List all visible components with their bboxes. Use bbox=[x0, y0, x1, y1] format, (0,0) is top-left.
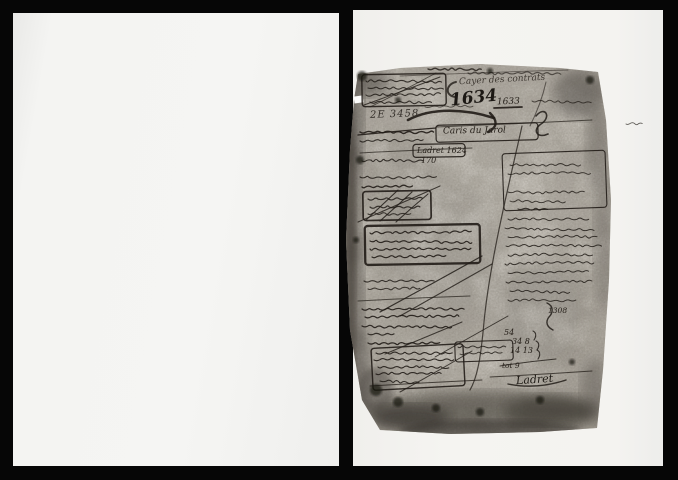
ladret-1624-box-label: Ladret 1624 bbox=[417, 147, 467, 155]
amount-3: 14 13 bbox=[510, 347, 533, 355]
ladret-signature: Ladret bbox=[516, 373, 554, 387]
caris-entry-label: Caris du Jarol bbox=[443, 126, 506, 136]
microfilm-scan: 2E 3458 Cayer des contrats 1634 1633 Car… bbox=[0, 0, 678, 480]
total-note: tot 9 bbox=[502, 362, 520, 370]
amount-1: 54 bbox=[504, 329, 514, 337]
year-secondary: 1633 bbox=[497, 98, 520, 108]
year-primary: 1634 bbox=[449, 88, 498, 110]
folio-number: 170 bbox=[421, 157, 436, 165]
sum-note: 1308 bbox=[548, 307, 567, 315]
left-blank-page bbox=[13, 13, 339, 466]
amount-2: 34 8 bbox=[512, 338, 530, 346]
archival-cote-label: 2E 3458 bbox=[370, 109, 420, 121]
